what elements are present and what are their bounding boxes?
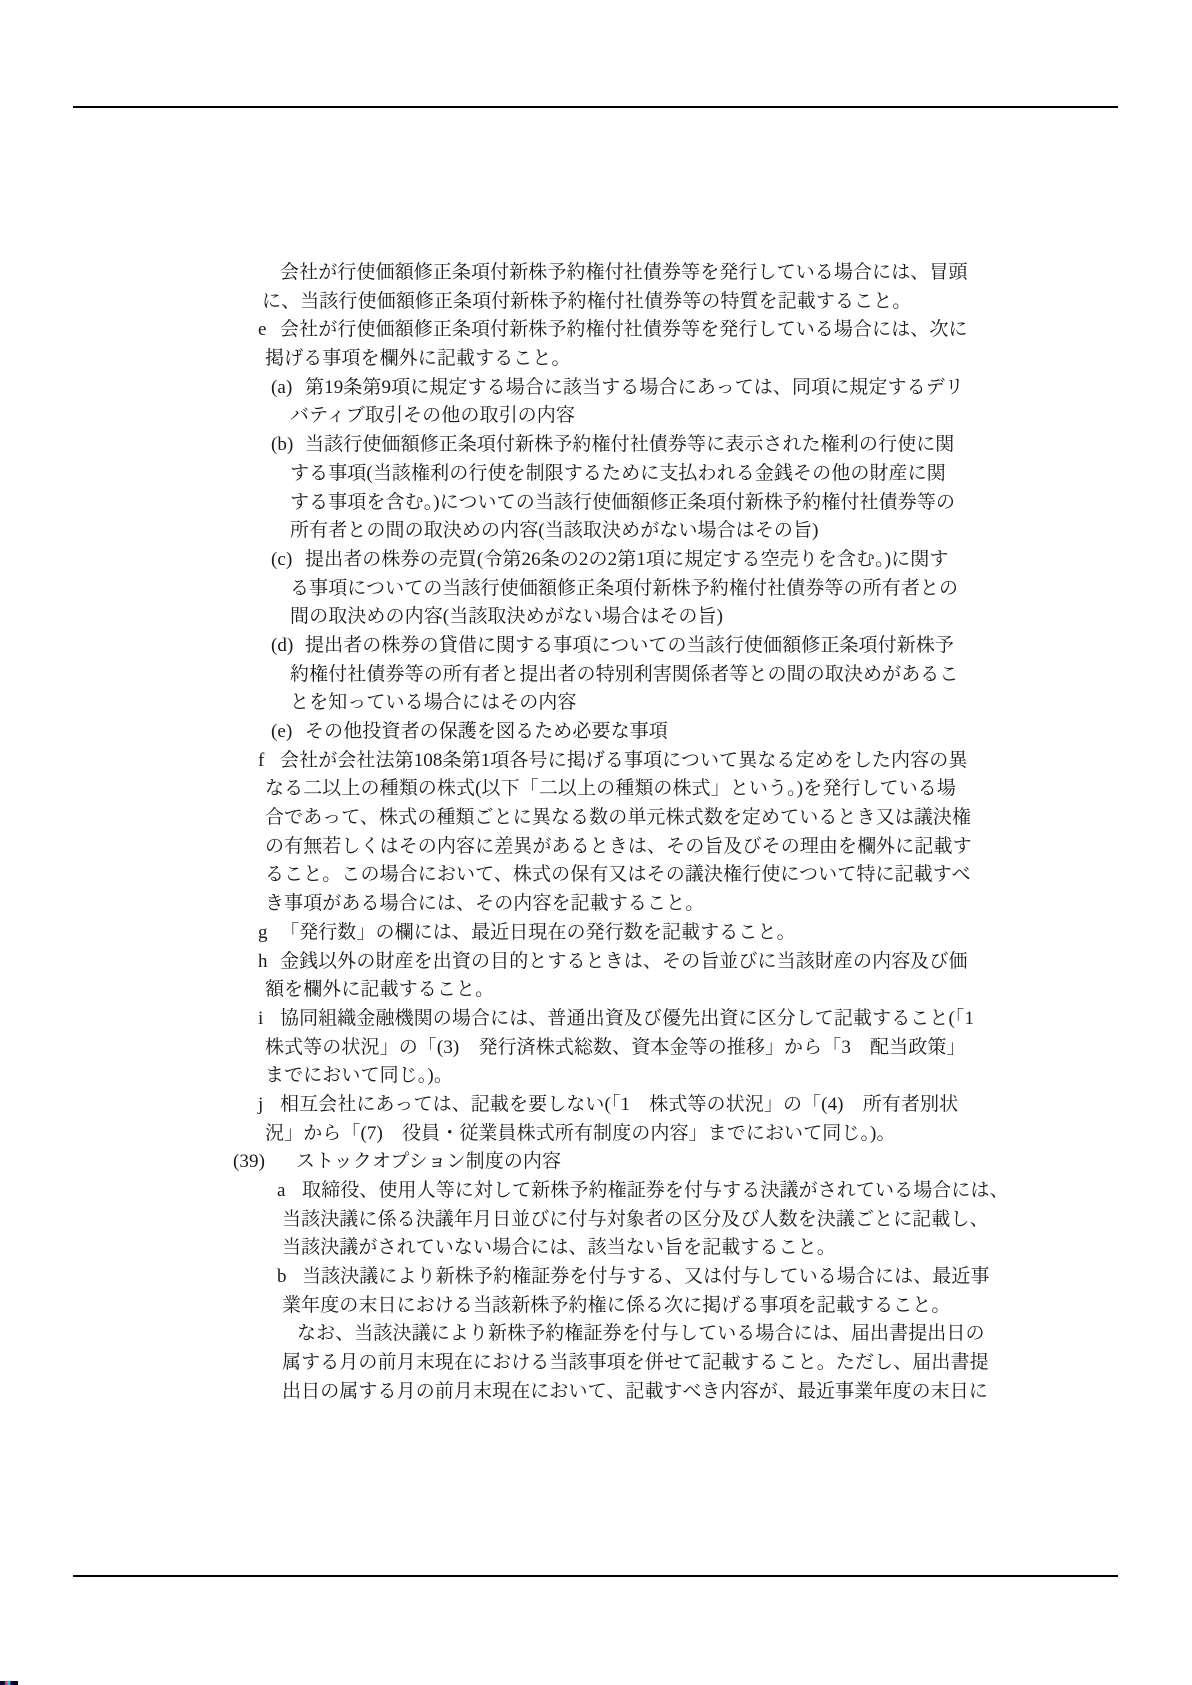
item-label: (d)	[271, 632, 293, 661]
text-line: (c)提出者の株券の売買(令第26条の2の2第1項に規定する空売りを含む。)に関…	[0, 546, 1192, 575]
text-line: 当該決議がされていない場合には、該当ない旨を記載すること。	[0, 1234, 1192, 1263]
line-text: 当該決議により新株予約権証券を付与する、又は付与している場合には、最近事	[302, 1266, 990, 1287]
text-line: る事項についての当該行使価額修正条項付新株予約権付社債券等の所有者との	[0, 575, 1192, 604]
document-page: 会社が行使価額修正条項付新株予約権付社債券等を発行している場合には、冒頭に、当該…	[0, 0, 1192, 1685]
line-text: 会社が行使価額修正条項付新株予約権付社債券等を発行している場合には、次に	[280, 319, 968, 340]
document-text: 会社が行使価額修正条項付新株予約権付社債券等を発行している場合には、冒頭に、当該…	[0, 259, 1192, 1407]
line-text: とを知っている場合にはその内容	[290, 692, 577, 713]
item-label: e	[258, 316, 267, 345]
bottom-rule	[73, 1575, 1118, 1577]
line-text: 第19条第9項に規定する場合に該当する場合にあっては、同項に規定するデリ	[305, 377, 964, 398]
line-text: その他投資者の保護を図るため必要な事項	[305, 721, 668, 742]
text-line: バティブ取引その他の取引の内容	[0, 402, 1192, 431]
line-text: き事項がある場合には、その内容を記載すること。	[265, 893, 704, 914]
line-text: 額を欄外に記載すること。	[265, 979, 494, 1000]
line-text: 相互会社にあっては、記載を要しない(「1 株式等の状況」の「(4) 所有者別状	[280, 1094, 958, 1115]
text-line: h金銭以外の財産を出資の目的とするときは、その旨並びに当該財産の内容及び価	[0, 948, 1192, 977]
text-line: 間の取決めの内容(当該取決めがない場合はその旨)	[0, 603, 1192, 632]
text-line: (e)その他投資者の保護を図るため必要な事項	[0, 718, 1192, 747]
text-line: き事項がある場合には、その内容を記載すること。	[0, 890, 1192, 919]
line-text: する事項(当該権利の行使を制限するために支払われる金銭その他の財産に関	[290, 463, 946, 484]
text-line: ること。この場合において、株式の保有又はその議決権行使について特に記載すべ	[0, 861, 1192, 890]
line-text: 提出者の株券の売買(令第26条の2の2第1項に規定する空売りを含む。)に関す	[305, 549, 948, 570]
text-line: とを知っている場合にはその内容	[0, 689, 1192, 718]
text-line: 約権付社債券等の所有者と提出者の特別利害関係者等との間の取決めがあるこ	[0, 661, 1192, 690]
line-text: 出日の属する月の前月末現在において、記載すべき内容が、最近事業年度の末日に	[282, 1381, 988, 1402]
text-line: (b)当該行使価額修正条項付新株予約権付社債券等に表示された権利の行使に関	[0, 431, 1192, 460]
item-label: a	[277, 1177, 286, 1206]
line-text: 当該決議がされていない場合には、該当ない旨を記載すること。	[282, 1237, 836, 1258]
line-text: なる二以上の種類の株式(以下「二以上の種類の株式」という。)を発行している場	[265, 778, 956, 799]
line-text: 株式等の状況」の「(3) 発行済株式総数、資本金等の推移」から「3 配当政策」	[265, 1037, 966, 1058]
text-line: 株式等の状況」の「(3) 発行済株式総数、資本金等の推移」から「3 配当政策」	[0, 1034, 1192, 1063]
line-text: 取締役、使用人等に対して新株予約権証券を付与する決議がされている場合には、	[302, 1180, 1009, 1201]
item-label: (b)	[271, 431, 293, 460]
text-line: (39)ストックオプション制度の内容	[0, 1148, 1192, 1177]
text-line: の有無若しくはその内容に差異があるときは、その旨及びその理由を欄外に記載す	[0, 833, 1192, 862]
text-line: なお、当該決議により新株予約権証券を付与している場合には、届出書提出日の	[0, 1320, 1192, 1349]
line-text: 間の取決めの内容(当該取決めがない場合はその旨)	[290, 606, 723, 627]
line-text: 協同組織金融機関の場合には、普通出資及び優先出資に区分して記載すること(「1	[280, 1008, 974, 1029]
item-label: (e)	[271, 718, 292, 747]
item-label: g	[258, 919, 268, 948]
text-line: i協同組織金融機関の場合には、普通出資及び優先出資に区分して記載すること(「1	[0, 1005, 1192, 1034]
line-text: までにおいて同じ。)。	[265, 1065, 453, 1086]
item-label: (c)	[271, 546, 292, 575]
line-text: 会社が会社法第108条第1項各号に掲げる事項について異なる定めをした内容の異	[280, 750, 967, 771]
top-rule	[73, 106, 1118, 108]
text-line: f会社が会社法第108条第1項各号に掲げる事項について異なる定めをした内容の異	[0, 747, 1192, 776]
item-label: (39)	[233, 1148, 265, 1177]
line-text: 所有者との間の取決めの内容(当該取決めがない場合はその旨)	[290, 520, 819, 541]
scan-artifact	[0, 1681, 18, 1685]
text-line: j相互会社にあっては、記載を要しない(「1 株式等の状況」の「(4) 所有者別状	[0, 1091, 1192, 1120]
text-line: 況」から「(7) 役員・従業員株式所有制度の内容」までにおいて同じ。)。	[0, 1120, 1192, 1149]
text-line: なる二以上の種類の株式(以下「二以上の種類の株式」という。)を発行している場	[0, 775, 1192, 804]
line-text: なお、当該決議により新株予約権証券を付与している場合には、届出書提出日の	[297, 1323, 985, 1344]
line-text: 属する月の前月末現在における当該事項を併せて記載すること。ただし、届出書提	[282, 1352, 989, 1373]
text-line: する事項を含む。)についての当該行使価額修正条項付新株予約権付社債券等の	[0, 489, 1192, 518]
text-line: 当該決議に係る決議年月日並びに付与対象者の区分及び人数を決議ごとに記載し、	[0, 1206, 1192, 1235]
line-text: ること。この場合において、株式の保有又はその議決権行使について特に記載すべ	[265, 864, 971, 885]
text-line: b当該決議により新株予約権証券を付与する、又は付与している場合には、最近事	[0, 1263, 1192, 1292]
text-line: 業年度の末日における当該新株予約権に係る次に掲げる事項を記載すること。	[0, 1292, 1192, 1321]
text-line: (d)提出者の株券の貸借に関する事項についての当該行使価額修正条項付新株予	[0, 632, 1192, 661]
line-text: に、当該行使価額修正条項付新株予約権付社債券等の特質を記載すること。	[262, 291, 911, 312]
line-text: 「発行数」の欄には、最近日現在の発行数を記載すること。	[280, 922, 796, 943]
text-line: 所有者との間の取決めの内容(当該取決めがない場合はその旨)	[0, 517, 1192, 546]
line-text: バティブ取引その他の取引の内容	[290, 405, 575, 426]
text-line: 属する月の前月末現在における当該事項を併せて記載すること。ただし、届出書提	[0, 1349, 1192, 1378]
line-text: る事項についての当該行使価額修正条項付新株予約権付社債券等の所有者との	[290, 578, 958, 599]
text-line: 掲げる事項を欄外に記載すること。	[0, 345, 1192, 374]
line-text: 金銭以外の財産を出資の目的とするときは、その旨並びに当該財産の内容及び価	[280, 951, 968, 972]
text-line: a取締役、使用人等に対して新株予約権証券を付与する決議がされている場合には、	[0, 1177, 1192, 1206]
text-line: に、当該行使価額修正条項付新株予約権付社債券等の特質を記載すること。	[0, 288, 1192, 317]
line-text: 況」から「(7) 役員・従業員株式所有制度の内容」までにおいて同じ。)。	[265, 1123, 896, 1144]
text-line: 額を欄外に記載すること。	[0, 976, 1192, 1005]
line-text: 当該行使価額修正条項付新株予約権付社債券等に表示された権利の行使に関	[305, 434, 954, 455]
line-text: 会社が行使価額修正条項付新株予約権付社債券等を発行している場合には、冒頭	[280, 262, 968, 283]
line-text: 業年度の末日における当該新株予約権に係る次に掲げる事項を記載すること。	[282, 1295, 951, 1316]
text-line: 出日の属する月の前月末現在において、記載すべき内容が、最近事業年度の末日に	[0, 1378, 1192, 1407]
line-text: 掲げる事項を欄外に記載すること。	[265, 348, 571, 369]
text-line: e会社が行使価額修正条項付新株予約権付社債券等を発行している場合には、次に	[0, 316, 1192, 345]
line-text: ストックオプション制度の内容	[296, 1151, 561, 1172]
text-line: 会社が行使価額修正条項付新株予約権付社債券等を発行している場合には、冒頭	[0, 259, 1192, 288]
item-label: b	[277, 1263, 287, 1292]
text-line: する事項(当該権利の行使を制限するために支払われる金銭その他の財産に関	[0, 460, 1192, 489]
line-text: 合であって、株式の種類ごとに異なる数の単元株式数を定めているとき又は議決権	[265, 807, 971, 828]
line-text: 提出者の株券の貸借に関する事項についての当該行使価額修正条項付新株予	[305, 635, 954, 656]
line-text: する事項を含む。)についての当該行使価額修正条項付新株予約権付社債券等の	[290, 492, 955, 513]
item-label: (a)	[271, 374, 292, 403]
line-text: 当該決議に係る決議年月日並びに付与対象者の区分及び人数を決議ごとに記載し、	[282, 1209, 989, 1230]
line-text: 約権付社債券等の所有者と提出者の特別利害関係者等との間の取決めがあるこ	[290, 664, 959, 685]
text-line: (a)第19条第9項に規定する場合に該当する場合にあっては、同項に規定するデリ	[0, 374, 1192, 403]
item-label: j	[258, 1091, 263, 1120]
text-line: g「発行数」の欄には、最近日現在の発行数を記載すること。	[0, 919, 1192, 948]
text-line: 合であって、株式の種類ごとに異なる数の単元株式数を定めているとき又は議決権	[0, 804, 1192, 833]
item-label: h	[258, 948, 268, 977]
item-label: i	[258, 1005, 263, 1034]
item-label: f	[258, 747, 264, 776]
text-line: までにおいて同じ。)。	[0, 1062, 1192, 1091]
line-text: の有無若しくはその内容に差異があるときは、その旨及びその理由を欄外に記載す	[265, 836, 972, 857]
